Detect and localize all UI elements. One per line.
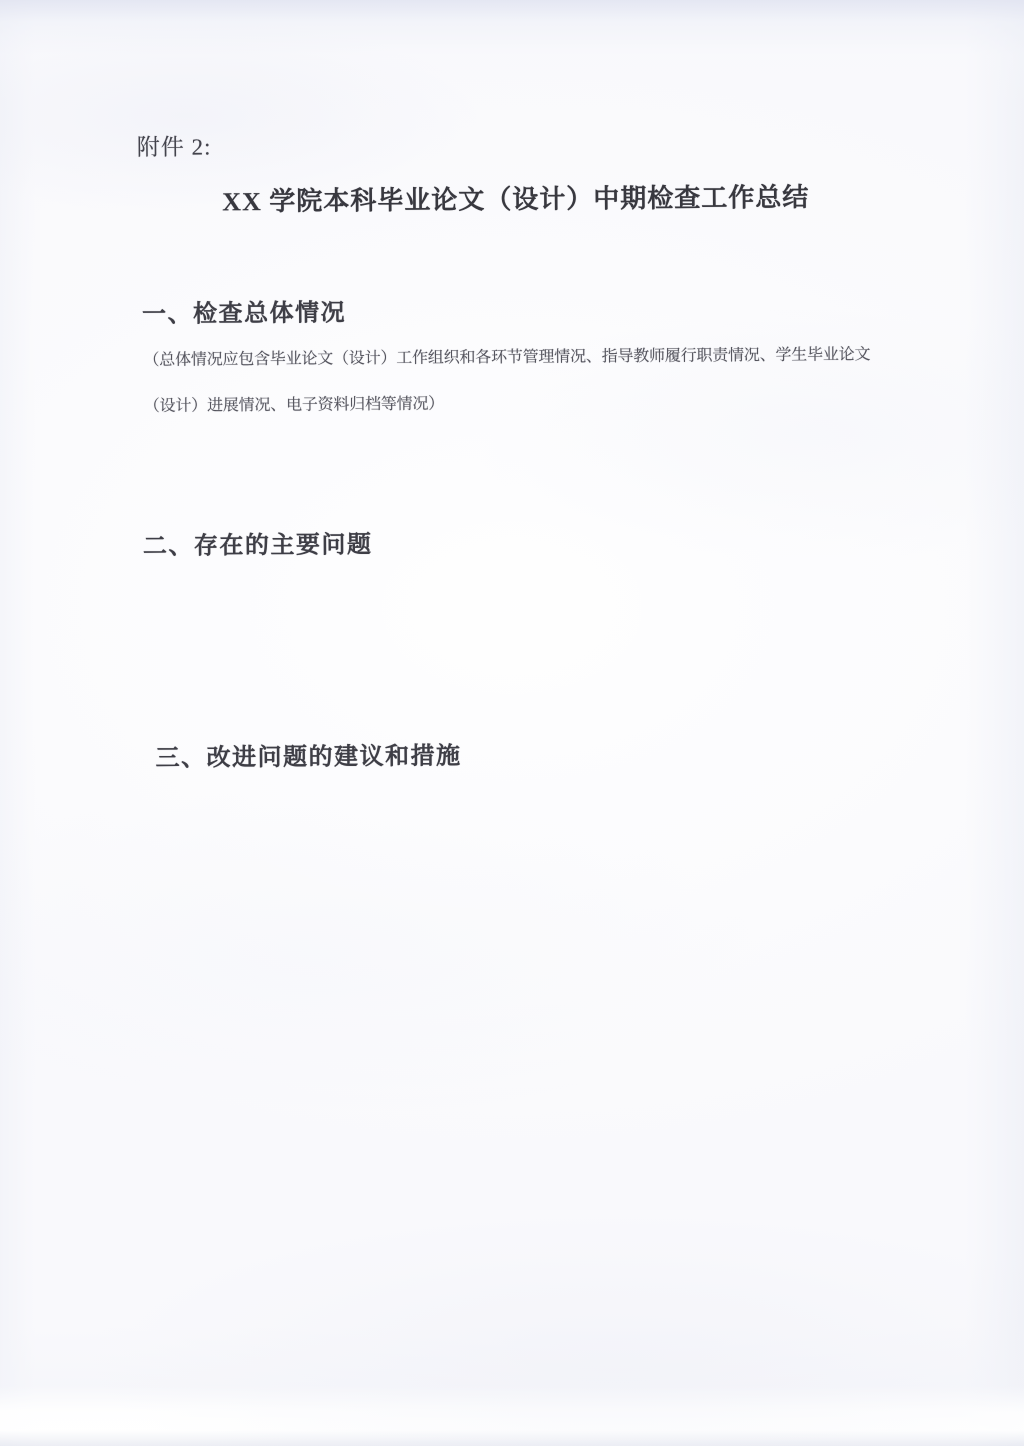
section-heading-main-problems: 二、存在的主要问题 [143, 524, 373, 561]
attachment-label: 附件 2: [137, 128, 212, 162]
scanned-document-page: 附件 2: XX 学院本科毕业论文（设计）中期检查工作总结 一、检查总体情况 （… [0, 0, 1024, 1446]
section-heading-overall-check: 一、检查总体情况 [142, 292, 346, 329]
document-title: XX 学院本科毕业论文（设计）中期检查工作总结 [222, 177, 809, 219]
section-heading-improvement-measures: 三、改进问题的建议和措施 [155, 735, 461, 772]
section-note-line-1: （总体情况应包含毕业论文（设计）工作组织和各环节管理情况、指导教师履行职责情况、… [143, 341, 870, 370]
section-note-line-2: （设计）进展情况、电子资料归档等情况） [144, 391, 444, 416]
document-content: 附件 2: XX 学院本科毕业论文（设计）中期检查工作总结 一、检查总体情况 （… [0, 0, 1024, 1446]
